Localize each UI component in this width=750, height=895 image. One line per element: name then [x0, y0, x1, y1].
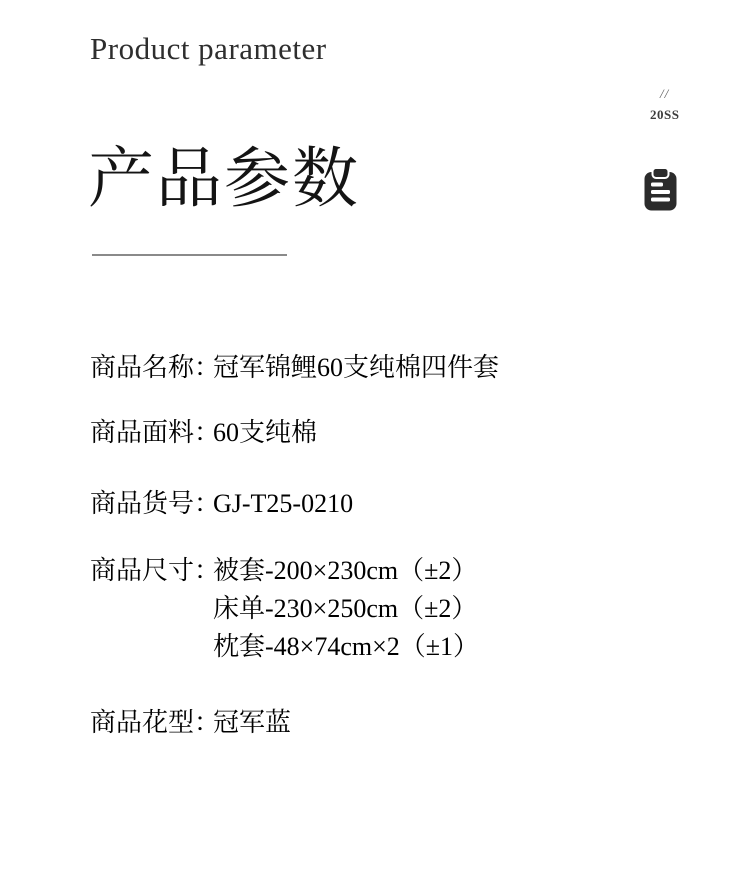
title-divider	[92, 254, 287, 256]
param-value: GJ-T25-0210	[213, 485, 353, 523]
param-value: 冠军锦鲤60支纯棉四件套	[213, 349, 499, 387]
param-row-fabric: 商品面料：60支纯棉	[90, 414, 317, 452]
param-value: 被套-200×230cm（±2） 床单-230×250cm（±2） 枕套-48×…	[213, 552, 479, 666]
param-row-size: 商品尺寸：被套-200×230cm（±2） 床单-230×250cm（±2） 枕…	[90, 552, 479, 666]
param-value: 60支纯棉	[213, 414, 317, 452]
product-parameter-page: Product parameter // 20SS 产品参数 商品名称：冠军锦鲤…	[0, 0, 750, 895]
subtitle-english: Product parameter	[90, 30, 327, 68]
param-label: 商品名称：	[90, 349, 213, 387]
param-row-name: 商品名称：冠军锦鲤60支纯棉四件套	[90, 349, 499, 387]
param-value: 冠军蓝	[213, 704, 291, 742]
clipboard-list-icon	[643, 167, 678, 212]
season-label: 20SS	[650, 107, 679, 123]
param-label: 商品尺寸：	[90, 552, 213, 590]
param-row-pattern: 商品花型：冠军蓝	[90, 704, 291, 742]
param-label: 商品货号：	[90, 485, 213, 523]
decor-slashes: //	[660, 86, 669, 102]
param-label: 商品花型：	[90, 704, 213, 742]
page-title: 产品参数	[88, 140, 360, 220]
param-label: 商品面料：	[90, 414, 213, 452]
param-row-item-number: 商品货号：GJ-T25-0210	[90, 485, 353, 523]
